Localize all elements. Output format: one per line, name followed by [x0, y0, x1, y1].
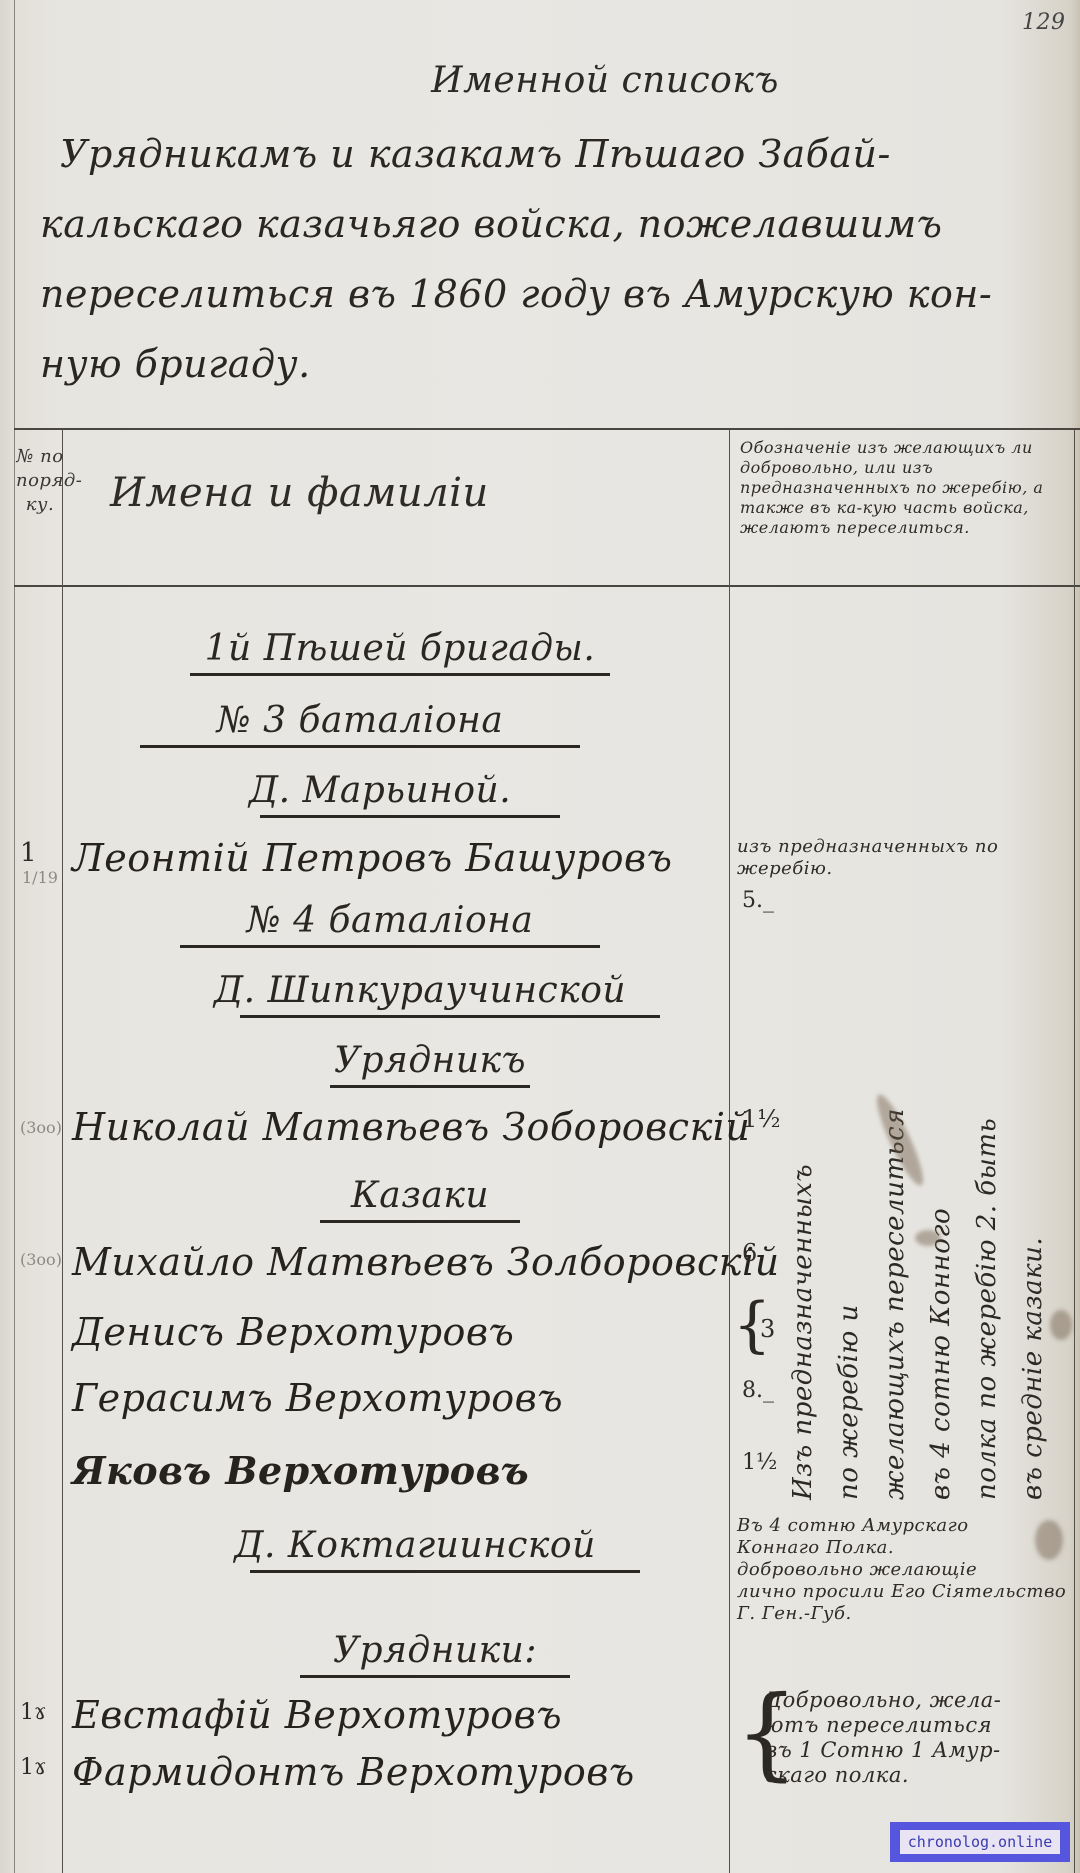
title-line: ную бригаду.: [40, 329, 1050, 399]
note-line: Добровольно, жела-: [765, 1688, 1070, 1713]
section-village-kokt: Д. Коктагиинской: [190, 1525, 640, 1573]
note-line: скаго полка.: [765, 1763, 1070, 1788]
watermark: chronolog.online: [890, 1822, 1070, 1862]
page-number: 129: [1022, 10, 1066, 35]
section-label: Д. Шипкураучинской: [214, 970, 626, 1011]
watermark-text: chronolog.online: [900, 1830, 1061, 1854]
row-pencil-mark: 1/19: [22, 868, 58, 887]
list-item-name: Михайло Матвѣевъ Золборовскій: [72, 1240, 780, 1284]
list-item-name: Фармидонтъ Верхотуровъ: [72, 1750, 635, 1794]
ink-stain: [1050, 1310, 1072, 1340]
section-village-marinoy: Д. Марьиной.: [200, 770, 560, 818]
row-count: 8._: [742, 1380, 774, 1402]
row-pencil-mark: (3оо): [20, 1250, 62, 1269]
vertical-note-line: въ средніе казаки.: [1010, 1080, 1056, 1500]
section-kazaki: Казаки: [320, 1175, 520, 1223]
section-brigade: 1й Пѣшей бригады.: [190, 628, 610, 676]
underline: [180, 945, 600, 948]
row-count: 1½: [742, 1452, 777, 1474]
note-line: лично просили Его Сіятельство: [737, 1581, 1072, 1603]
note-line: въ 1 Сотню 1 Амур-: [765, 1738, 1070, 1763]
underline: [250, 1570, 640, 1573]
note-line: Г. Ген.-Губ.: [737, 1603, 1072, 1625]
row-count: 3: [760, 1318, 775, 1340]
row-number: 1: [20, 838, 37, 868]
vertical-note-line: по жеребію и: [826, 1080, 872, 1500]
row-number: 1ɤ: [20, 1700, 46, 1725]
header-names: Имена и фамиліи: [110, 470, 489, 516]
section-label: Урядникъ: [334, 1040, 526, 1081]
note-line: Коннаго Полка.: [737, 1537, 1072, 1559]
list-item-name: Денисъ Верхотуровъ: [72, 1310, 514, 1354]
section-battalion-3: № 3 баталіона: [140, 700, 580, 748]
underline: [140, 745, 580, 748]
row-count: 5._: [742, 890, 774, 912]
title-line: Урядникамъ и казакамъ Пѣшаго Забай-: [60, 119, 1050, 189]
section-label: Казаки: [351, 1175, 489, 1216]
header-number: № по поряд-ку.: [16, 445, 64, 517]
column-divider-right: [1074, 430, 1075, 1873]
list-item-name: Яковъ Верхотуровъ: [72, 1448, 529, 1493]
list-item-name: Николай Матвѣевъ Зоборовскій: [72, 1105, 750, 1149]
header-notes: Обозначеніе изъ желающихъ ли добровольно…: [740, 438, 1075, 538]
row-note: изъ предназначенныхъ по жеребію.: [737, 836, 1072, 880]
ink-stain: [915, 1230, 941, 1246]
section-label: № 3 баталіона: [217, 700, 504, 741]
table-header-rule: [14, 585, 1080, 587]
underline: [190, 673, 610, 676]
underline: [330, 1085, 530, 1088]
vertical-note-line: полка по жеребію 2. быть: [964, 1080, 1010, 1500]
column-divider-number: [62, 430, 63, 1873]
note-line: добровольно желающіе: [737, 1559, 1072, 1581]
vertical-note-line: Изъ предназначенныхъ: [780, 1080, 826, 1500]
underline: [300, 1675, 570, 1678]
section-label: Д. Марьиной.: [249, 770, 511, 811]
document-title: Именной списокъ Урядникамъ и казакамъ Пѣ…: [40, 60, 1050, 399]
section-village-shipkurai: Д. Шипкураучинской: [180, 970, 660, 1018]
section-label: 1й Пѣшей бригады.: [205, 628, 596, 669]
row-pencil-mark: (3оо): [20, 1118, 62, 1137]
list-item-name: Герасимъ Верхотуровъ: [72, 1376, 563, 1420]
note-sotnya-4: Въ 4 сотню Амурскаго Коннаго Полка. добр…: [737, 1515, 1072, 1625]
section-label: № 4 баталіона: [247, 900, 534, 941]
row-count: 1½: [742, 1108, 781, 1130]
underline: [240, 1015, 660, 1018]
title-line: кальскаго казачьяго войска, пожелавшимъ: [40, 189, 1050, 259]
note-line: ютъ переселиться: [765, 1713, 1070, 1738]
underline: [320, 1220, 520, 1223]
vertical-note-line: въ 4 сотню Конного: [918, 1080, 964, 1500]
section-label: Урядники:: [333, 1630, 537, 1671]
vertical-note: Изъ предназначенныхъ по жеребію и желающ…: [780, 1080, 1070, 1500]
section-uryadniki: Урядники:: [300, 1630, 570, 1678]
row-number: 1ɤ: [20, 1755, 46, 1780]
list-item-name: Евстафій Верхотуровъ: [72, 1693, 562, 1737]
note-sotnya-1: Добровольно, жела- ютъ переселиться въ 1…: [765, 1688, 1070, 1788]
title-heading: Именной списокъ: [160, 60, 1050, 101]
section-battalion-4: № 4 баталіона: [180, 900, 600, 948]
row-count: 6: [742, 1242, 757, 1264]
note-line: Въ 4 сотню Амурскаго: [737, 1515, 1072, 1537]
underline: [260, 815, 560, 818]
table-top-rule: [14, 428, 1080, 430]
section-label: Д. Коктагиинской: [234, 1525, 596, 1566]
page-left-edge: [14, 0, 15, 1873]
title-line: переселиться въ 1860 году въ Амурскую ко…: [40, 259, 1050, 329]
list-item-name: Леонтій Петровъ Башуровъ: [72, 836, 673, 880]
section-uryadnik: Урядникъ: [330, 1040, 530, 1088]
column-divider-notes: [729, 430, 730, 1873]
